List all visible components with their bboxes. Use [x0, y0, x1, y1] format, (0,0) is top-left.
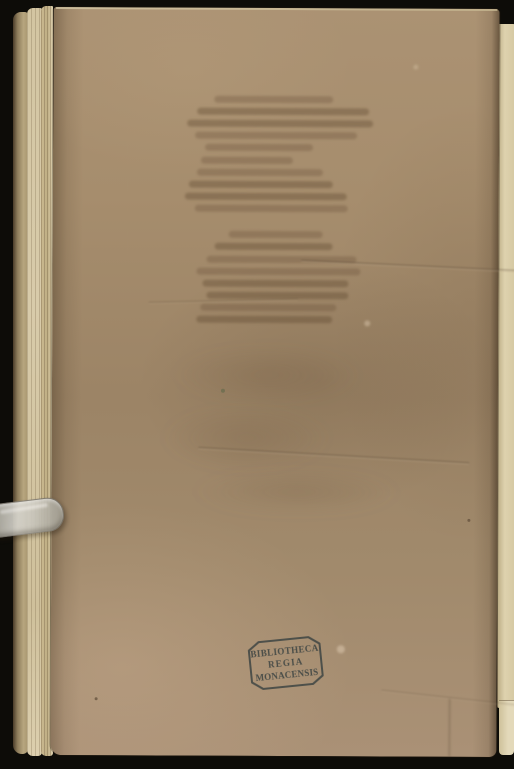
bleedthrough-line: [196, 268, 360, 276]
bleedthrough-line: [214, 96, 333, 104]
ink-speck: [95, 697, 98, 700]
right-underlying-page-corner: [499, 700, 514, 755]
paper-spot: [413, 65, 418, 70]
bleedthrough-line: [202, 280, 348, 288]
bleedthrough-line: [229, 231, 323, 238]
stamp-line-3: MONACENSIS: [255, 666, 319, 684]
paper-spot: [337, 645, 345, 653]
book-page: BIBLIOTHECA REGIA MONACENSIS: [50, 7, 499, 757]
bleedthrough-line: [189, 181, 333, 189]
ink-speck: [467, 519, 470, 522]
bleedthrough-line: [215, 243, 333, 251]
left-page-edges-outer: [13, 12, 28, 754]
stamp-text: BIBLIOTHECA REGIA MONACENSIS: [245, 633, 326, 692]
bleedthrough-ghost: [191, 470, 401, 515]
bleedthrough-line: [185, 193, 347, 201]
ink-speck: [221, 389, 225, 393]
left-page-edges-cream: [27, 8, 42, 756]
right-underlying-page-edge: [497, 24, 514, 708]
book-scan: BIBLIOTHECA REGIA MONACENSIS: [0, 0, 514, 769]
bleedthrough-line: [195, 205, 348, 213]
bleedthrough-line: [187, 120, 373, 128]
bleedthrough-line: [205, 144, 313, 151]
bleedthrough-line: [195, 132, 357, 140]
bleedthrough-line: [197, 108, 369, 116]
bleedthrough-line: [197, 169, 323, 177]
library-stamp: BIBLIOTHECA REGIA MONACENSIS: [245, 633, 326, 692]
bleedthrough-line: [201, 157, 293, 164]
paper-spot: [364, 320, 370, 326]
bleedthrough-ghost: [172, 346, 362, 405]
paper-fold-line: [448, 699, 450, 757]
paper-crease: [381, 689, 514, 707]
bleedthrough-ghost: [162, 406, 332, 471]
bleedthrough-line: [196, 316, 332, 324]
bleedthrough-line: [200, 304, 336, 312]
